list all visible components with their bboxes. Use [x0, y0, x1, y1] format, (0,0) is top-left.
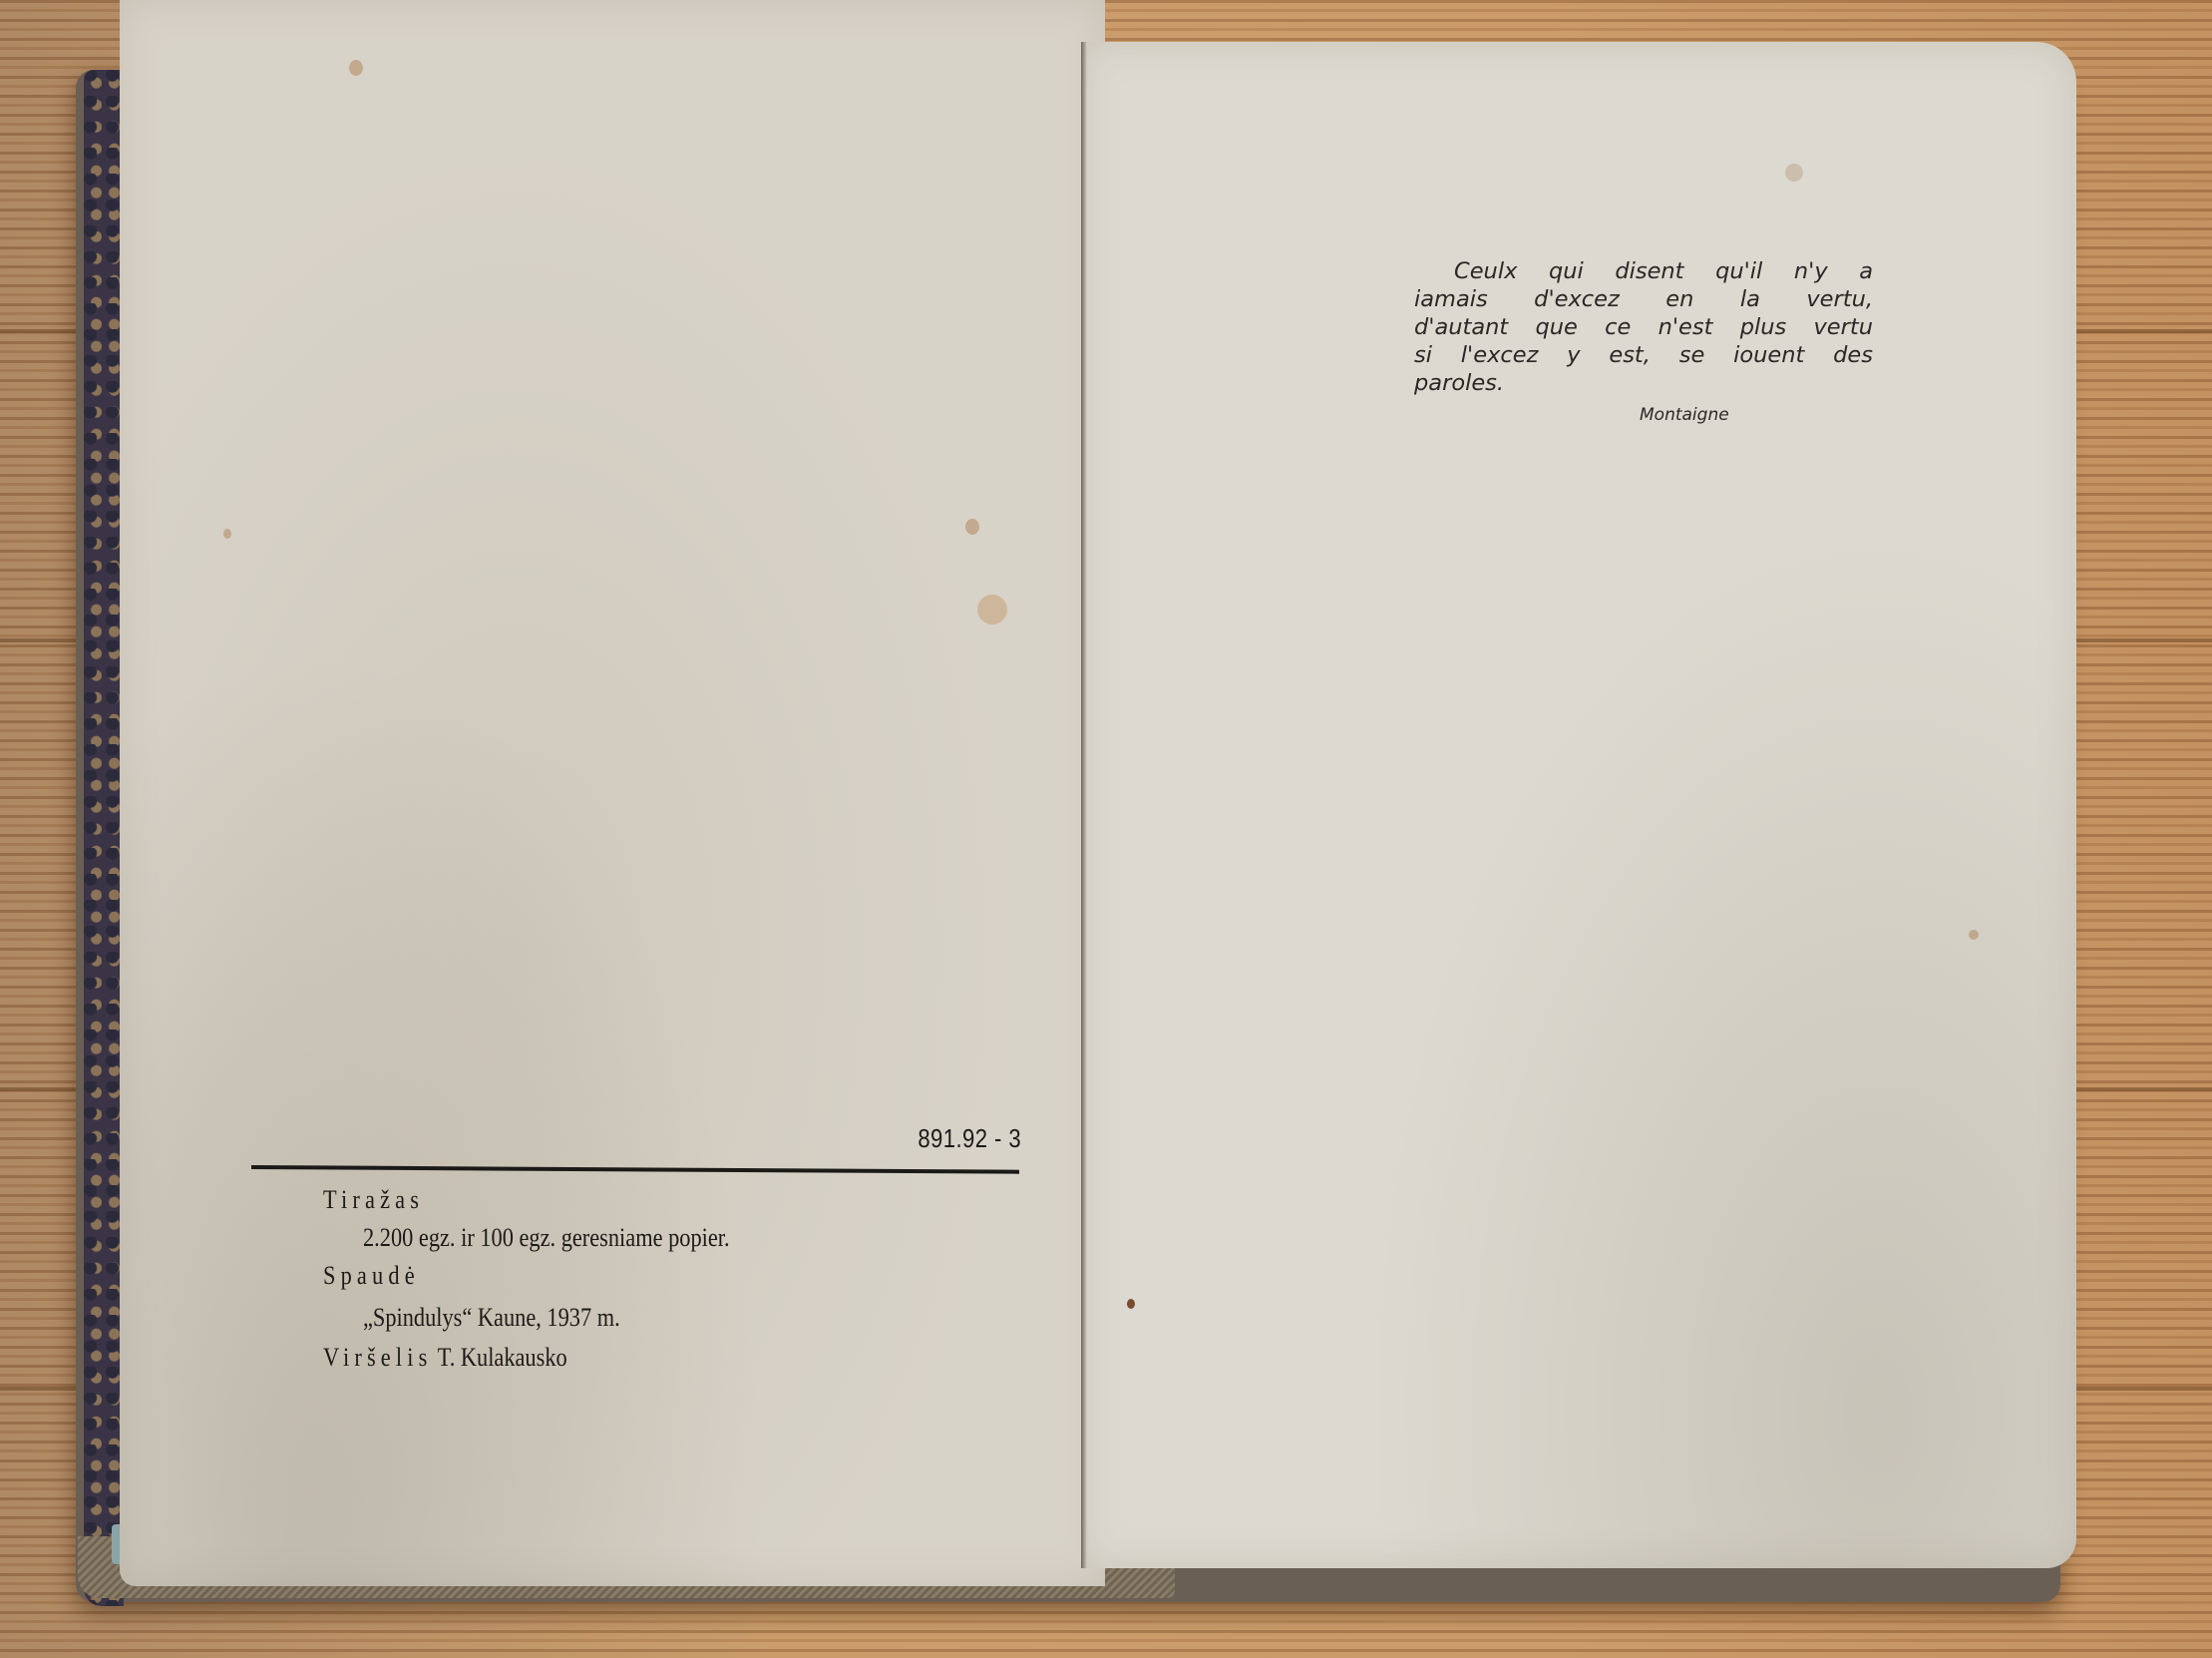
- cover-value: T. Kulakausko: [438, 1343, 567, 1372]
- epigraph-line: d'autant que ce n'est plus vertu: [1414, 313, 1873, 341]
- book-gutter: [1081, 42, 1087, 1568]
- epigraph-line: si l'excez y est, se iouent des: [1414, 341, 1873, 369]
- foxing-spot: [1785, 164, 1803, 182]
- foxing-spot: [223, 529, 231, 539]
- foxing-spot: [349, 60, 363, 76]
- printer-label: Spaudė: [323, 1261, 420, 1291]
- epigraph-line: iamais d'excez en la vertu,: [1414, 285, 1873, 313]
- foxing-spot: [977, 595, 1007, 624]
- left-page: [120, 0, 1105, 1586]
- print-run-label: Tiražas: [323, 1185, 424, 1215]
- epigraph-author: Montaigne: [1640, 401, 1873, 429]
- epigraph-line: paroles.: [1414, 369, 1873, 397]
- foxing-spot: [1127, 1299, 1135, 1309]
- epigraph: Ceulx qui disent qu'il n'y a iamais d'ex…: [1414, 257, 1873, 429]
- cover-label: Viršelis: [323, 1343, 433, 1372]
- foxing-spot: [965, 519, 979, 535]
- catalog-code: 891.92 - 3: [918, 1123, 1021, 1154]
- print-run-value: 2.200 egz. ir 100 egz. geresniame popier…: [363, 1223, 730, 1253]
- epigraph-line: Ceulx qui disent qu'il n'y a: [1414, 257, 1873, 285]
- foxing-spot: [1969, 930, 1979, 940]
- printer-value: „Spindulys“ Kaune, 1937 m.: [363, 1303, 620, 1333]
- marbled-cover-edge: [84, 70, 124, 1606]
- cover-credit: Viršelis T. Kulakausko: [323, 1343, 567, 1373]
